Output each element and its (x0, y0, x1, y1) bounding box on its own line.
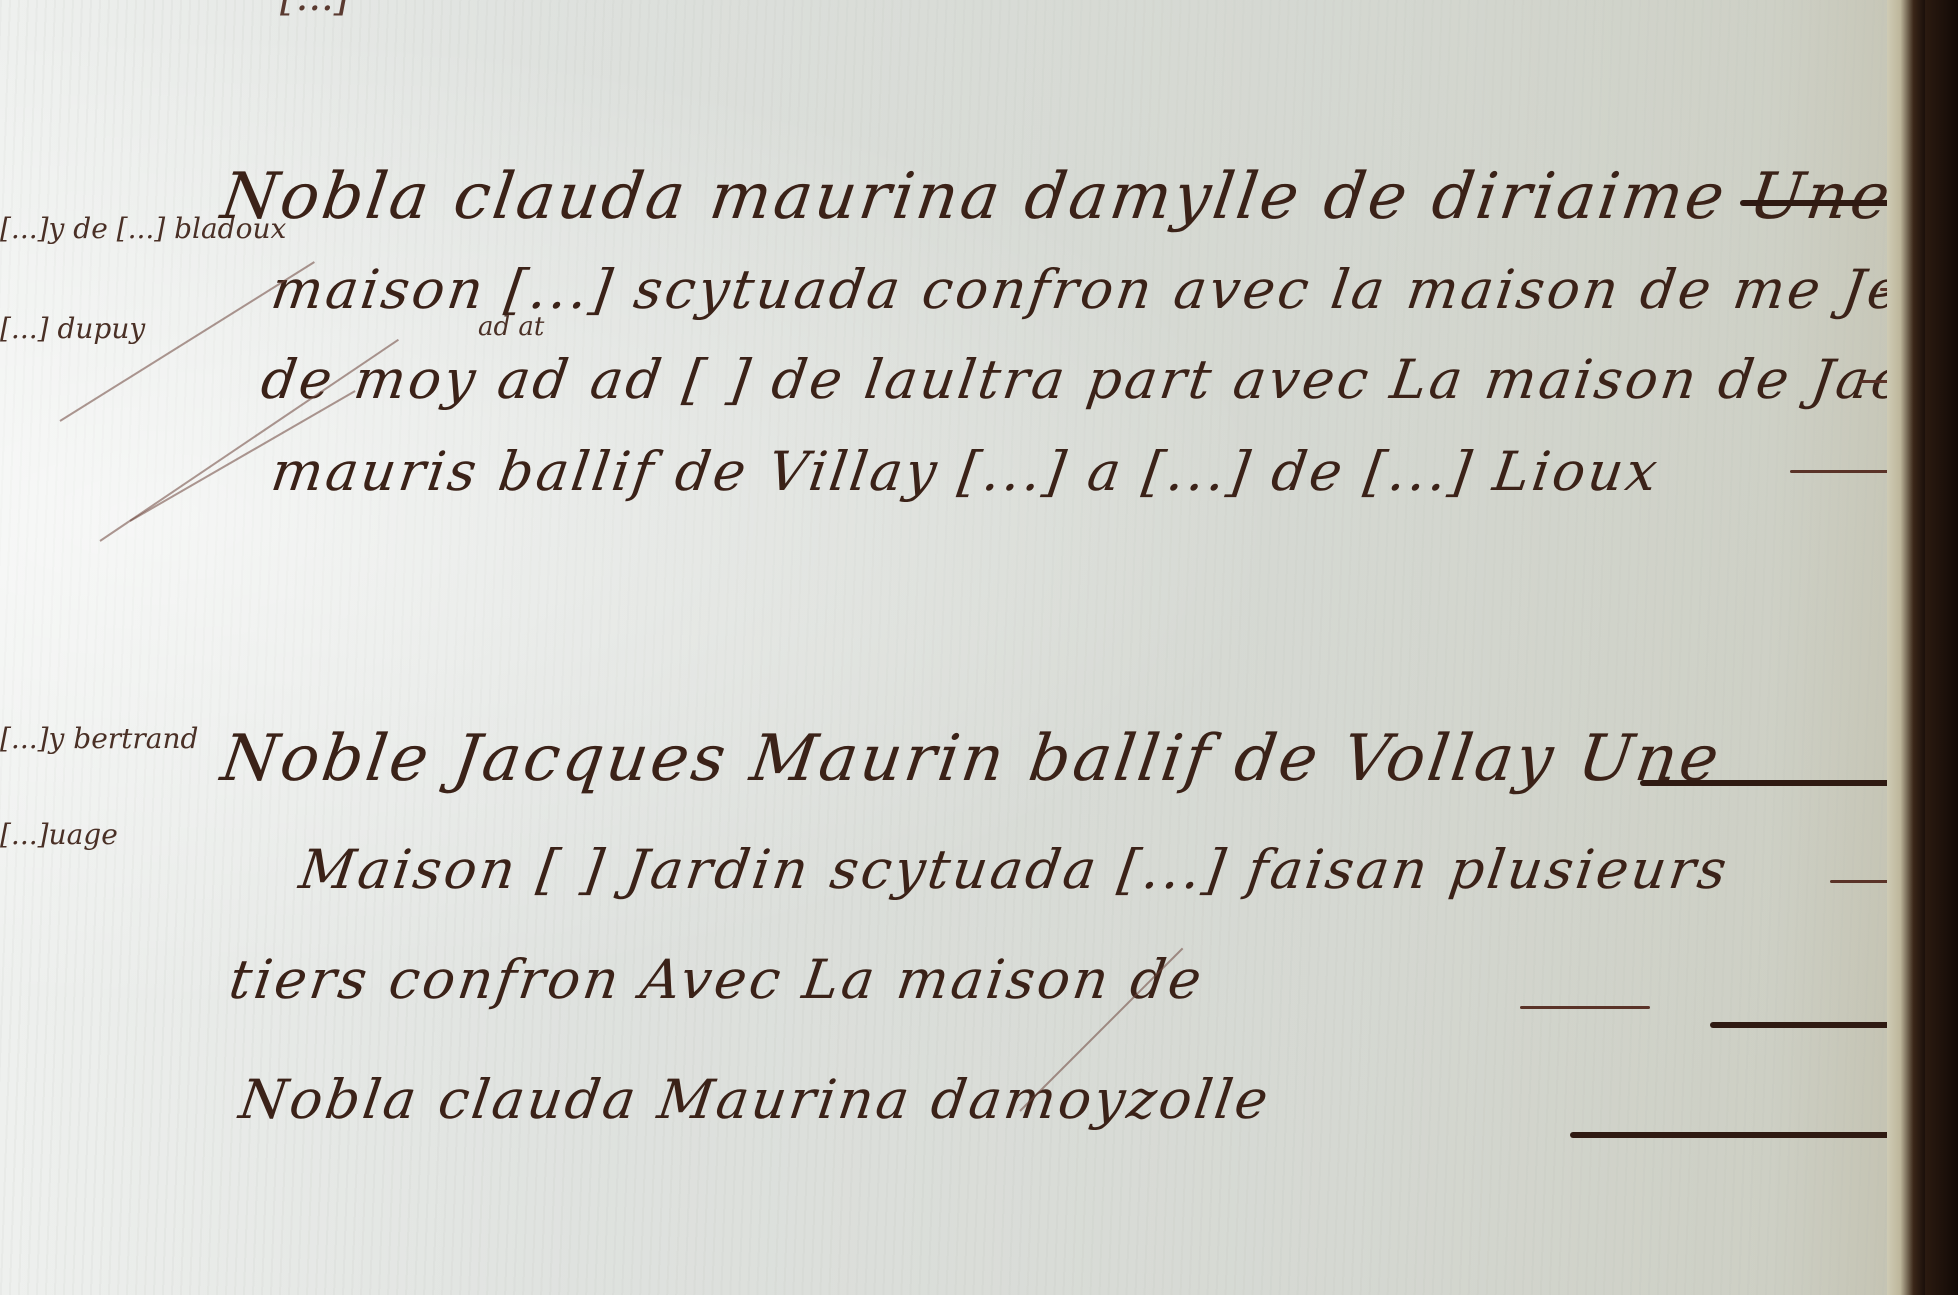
manuscript-page: [...] [...]y de [...] bladoux [...] dupu… (0, 0, 1925, 1295)
margin-note: [...] dupuy (0, 312, 145, 345)
line-filler (1570, 1132, 1930, 1138)
entry-line: mauris ballif de Villay [...] a [...] de… (268, 440, 1664, 503)
top-cut-off-text: [...] (280, 0, 349, 20)
entry-line: Noble Jacques Maurin ballif de Vollay Un… (217, 722, 1726, 796)
entry-line: Nobla clauda Maurina damoyzolle (236, 1068, 1275, 1131)
entry-line: Maison [ ] Jardin scytuada [...] faisan … (296, 838, 1734, 901)
page-edge (1887, 0, 1925, 1295)
entry-line: tiers confron Avec La maison de (226, 948, 1209, 1011)
line-filler (1520, 1006, 1650, 1009)
margin-note: [...]uage (0, 818, 118, 851)
interlinear-insertion: ad at (478, 312, 544, 342)
entry-line: de moy ad ad [ ] de laultra part avec La… (258, 348, 1958, 411)
entry-line: Nobla clauda maurina damylle de diriaime… (217, 160, 1897, 234)
book-binding (1925, 0, 1958, 1295)
margin-note: [...]y bertrand (0, 722, 198, 755)
